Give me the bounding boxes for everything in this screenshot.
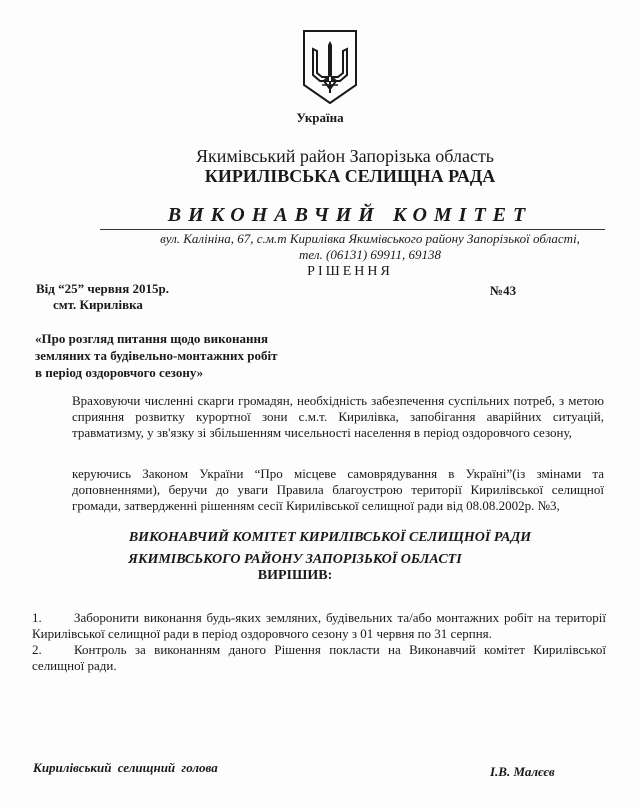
- paragraph-text: Враховуючи численні скарги громадян, нео…: [38, 393, 604, 441]
- preamble-paragraph-1: Враховуючи численні скарги громадян, нео…: [38, 393, 604, 441]
- item-text: Заборонити виконання будь-яких земляних,…: [32, 610, 606, 641]
- country-label: Україна: [0, 110, 640, 126]
- subject-line: земляних та будівельно-монтажних робіт: [35, 347, 355, 364]
- council-name: КИРИЛІВСЬКА СЕЛИЩНА РАДА: [0, 166, 640, 187]
- signatory-title: Кирилівський селищний голова: [33, 760, 218, 776]
- decision-items: 1.Заборонити виконання будь-яких земляни…: [32, 610, 606, 674]
- address-block: вул. Калініна, 67, с.м.т Кирилівка Якимі…: [100, 231, 640, 263]
- header-divider: [100, 229, 605, 230]
- subject-line: «Про розгляд питання щодо виконання: [35, 330, 355, 347]
- item-text: Контроль за виконанням даного Рішення по…: [32, 642, 606, 673]
- resolution-heading-line-2: ЯКИМІВСЬКОГО РАЙОНУ ЗАПОРІЗЬКОЇ ОБЛАСТІ: [100, 552, 640, 568]
- document-date: Від “25” червня 2015р.: [36, 281, 169, 297]
- item-number: 2.: [32, 642, 74, 658]
- document-number: №43: [490, 283, 516, 299]
- item-number: 1.: [32, 610, 74, 626]
- subject-line: в період оздоровчого сезону»: [35, 364, 355, 381]
- document-subject: «Про розгляд питання щодо виконання земл…: [35, 330, 355, 381]
- preamble-paragraph-2: керуючись Законом України “Про місцеве с…: [38, 466, 604, 514]
- document-place: смт. Кирилівка: [53, 297, 143, 313]
- resolution-decided: ВИРІШИВ:: [100, 568, 640, 584]
- list-item: 2.Контроль за виконанням даного Рішення …: [32, 642, 606, 674]
- resolution-heading-line-1: ВИКОНАВЧИЙ КОМІТЕТ КИРИЛІВСЬКОЇ СЕЛИЩНОЇ…: [100, 530, 640, 546]
- phone-line: тел. (06131) 69911, 69138: [100, 247, 640, 263]
- document-type: РІШЕННЯ: [0, 264, 640, 280]
- list-item: 1.Заборонити виконання будь-яких земляни…: [32, 610, 606, 642]
- paragraph-text: керуючись Законом України “Про місцеве с…: [38, 466, 604, 514]
- district-line: Якимівський район Запорізька область: [0, 146, 640, 167]
- signatory-name: І.В. Малєєв: [490, 764, 555, 780]
- coat-of-arms-trident-icon: [302, 29, 358, 105]
- committee-heading: ВИКОНАВЧИЙ КОМІТЕТ: [0, 204, 640, 227]
- address-line: вул. Калініна, 67, с.м.т Кирилівка Якимі…: [100, 231, 640, 247]
